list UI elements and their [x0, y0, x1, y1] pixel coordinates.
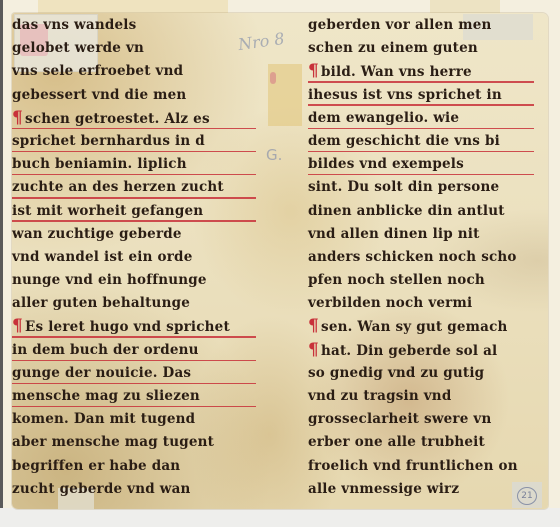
line-text: erber one alle trubheit — [308, 434, 485, 450]
line-text: begriffen er habe dan — [12, 458, 180, 474]
text-column-right: geberden vor allen menschen zu einem gut… — [308, 14, 538, 501]
red-initial: ¶ — [12, 108, 23, 128]
scan-edge-strip — [0, 0, 3, 527]
manuscript-line: grosseclarheit swere vn — [308, 408, 538, 431]
paper-tab-top-right — [430, 0, 500, 14]
line-text: anders schicken noch scho — [308, 249, 517, 265]
line-text: so gnedig vnd zu gutig — [308, 365, 484, 381]
line-text: alle vnmessige wirz — [308, 481, 459, 497]
manuscript-line: alle vnmessige wirz — [308, 478, 538, 501]
manuscript-line: ¶hat. Din geberde sol al — [308, 339, 538, 362]
manuscript-line: in dem buch der ordenu — [12, 339, 260, 362]
text-column-left: das vns wandelsgelobet werde vnvns sele … — [12, 14, 260, 501]
red-initial: ¶ — [12, 316, 23, 336]
manuscript-line: vnd wandel ist ein orde — [12, 246, 260, 269]
manuscript-line: ¶schen getroestet. Alz es — [12, 107, 260, 130]
manuscript-line: das vns wandels — [12, 14, 260, 37]
manuscript-line: aller guten behaltunge — [12, 292, 260, 315]
manuscript-line: wan zuchtige geberde — [12, 223, 260, 246]
line-text: nunge vnd ein hoffnunge — [12, 272, 207, 288]
manuscript-line: dem ewangelio. wie — [308, 107, 538, 130]
manuscript-line: komen. Dan mit tugend — [12, 408, 260, 431]
manuscript-line: mensche mag zu sliezen — [12, 385, 260, 408]
line-text: wan zuchtige geberde — [12, 226, 182, 242]
manuscript-line: ¶bild. Wan vns herre — [308, 60, 538, 83]
line-text: geberden vor allen men — [308, 17, 492, 33]
manuscript-line: ihesus ist vns sprichet in — [308, 84, 538, 107]
manuscript-line: vnd allen dinen lip nit — [308, 223, 538, 246]
line-text: verbilden noch vermi — [308, 295, 472, 311]
line-text: dem ewangelio. wie — [308, 110, 459, 126]
line-text: aber mensche mag tugent — [12, 434, 214, 450]
manuscript-line: bildes vnd exempels — [308, 153, 538, 176]
line-text: bild. Wan vns herre — [321, 64, 472, 80]
line-text: sen. Wan sy gut gemach — [321, 319, 508, 335]
line-text: ihesus ist vns sprichet in — [308, 87, 502, 103]
manuscript-line: ¶Es leret hugo vnd sprichet — [12, 315, 260, 338]
manuscript-line: ist mit worheit gefangen — [12, 200, 260, 223]
line-text: Es leret hugo vnd sprichet — [25, 319, 230, 335]
red-initial: ¶ — [308, 340, 319, 360]
manuscript-line: vns sele erfroebet vnd — [12, 60, 260, 83]
manuscript-line: ¶sen. Wan sy gut gemach — [308, 315, 538, 338]
line-text: sprichet bernhardus in d — [12, 133, 205, 149]
manuscript-line: aber mensche mag tugent — [12, 431, 260, 454]
manuscript-line: anders schicken noch scho — [308, 246, 538, 269]
manuscript-line: erber one alle trubheit — [308, 431, 538, 454]
scan-bottom-margin — [0, 508, 560, 527]
line-text: das vns wandels — [12, 17, 136, 33]
manuscript-line: gelobet werde vn — [12, 37, 260, 60]
line-text: gunge der nouicie. Das — [12, 365, 191, 381]
red-initial: ¶ — [308, 316, 319, 336]
line-text: vnd zu tragsin vnd — [308, 388, 451, 404]
line-text: vnd wandel ist ein orde — [12, 249, 192, 265]
manuscript-line: nunge vnd ein hoffnunge — [12, 269, 260, 292]
manuscript-line: zuchte an des herzen zucht — [12, 176, 260, 199]
manuscript-line: gebessert vnd die men — [12, 84, 260, 107]
manuscript-line: begriffen er habe dan — [12, 455, 260, 478]
line-text: buch beniamin. liplich — [12, 156, 187, 172]
manuscript-line: so gnedig vnd zu gutig — [308, 362, 538, 385]
line-text: mensche mag zu sliezen — [12, 388, 200, 404]
line-text: vnd allen dinen lip nit — [308, 226, 480, 242]
manuscript-line: zucht geberde vnd wan — [12, 478, 260, 501]
manuscript-line: verbilden noch vermi — [308, 292, 538, 315]
manuscript-line: froelich vnd fruntlichen on — [308, 455, 538, 478]
line-text: dinen anblicke din antlut — [308, 203, 505, 219]
manuscript-line: geberden vor allen men — [308, 14, 538, 37]
manuscript-line: dem geschicht die vns bi — [308, 130, 538, 153]
line-text: aller guten behaltunge — [12, 295, 190, 311]
line-text: ist mit worheit gefangen — [12, 203, 203, 219]
line-text: pfen noch stellen noch — [308, 272, 485, 288]
manuscript-line: gunge der nouicie. Das — [12, 362, 260, 385]
line-text: komen. Dan mit tugend — [12, 411, 195, 427]
manuscript-line: vnd zu tragsin vnd — [308, 385, 538, 408]
line-text: in dem buch der ordenu — [12, 342, 199, 358]
line-text: hat. Din geberde sol al — [321, 343, 497, 359]
line-text: zucht geberde vnd wan — [12, 481, 191, 497]
manuscript-line: buch beniamin. liplich — [12, 153, 260, 176]
line-text: schen getroestet. Alz es — [25, 111, 210, 127]
line-text: froelich vnd fruntlichen on — [308, 458, 518, 474]
line-text: dem geschicht die vns bi — [308, 133, 500, 149]
line-text: grosseclarheit swere vn — [308, 411, 492, 427]
manuscript-line: schen zu einem guten — [308, 37, 538, 60]
manuscript-line: sint. Du solt din persone — [308, 176, 538, 199]
manuscript-line: pfen noch stellen noch — [308, 269, 538, 292]
line-text: zuchte an des herzen zucht — [12, 179, 224, 195]
manuscript-line: dinen anblicke din antlut — [308, 200, 538, 223]
line-text: sint. Du solt din persone — [308, 179, 499, 195]
line-text: bildes vnd exempels — [308, 156, 464, 172]
line-text: gebessert vnd die men — [12, 87, 186, 103]
red-initial: ¶ — [308, 61, 319, 81]
pencil-letter-annotation: G. — [266, 146, 282, 164]
line-text: schen zu einem guten — [308, 40, 478, 56]
line-text: gelobet werde vn — [12, 40, 144, 56]
gutter-pink-stain — [270, 72, 276, 84]
line-text: vns sele erfroebet vnd — [12, 63, 183, 79]
manuscript-line: sprichet bernhardus in d — [12, 130, 260, 153]
